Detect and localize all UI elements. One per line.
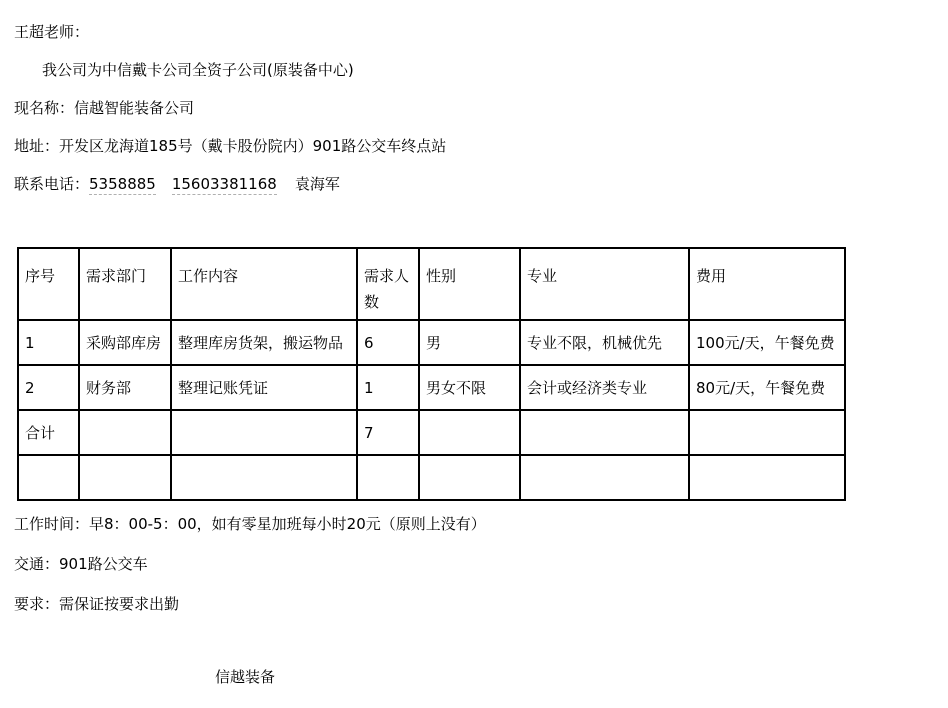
table-cell-index: 2 <box>18 365 79 410</box>
table-header-row: 序号 需求部门 工作内容 需求人数 性别 专业 费用 <box>18 248 845 320</box>
address-line: 地址：开发区龙海道185号（戴卡股份院内）901路公交车终点站 <box>14 139 948 154</box>
column-header-index: 序号 <box>18 248 79 320</box>
table-cell-empty <box>171 455 357 500</box>
table-cell-fee: 80元/天，午餐免费 <box>689 365 845 410</box>
column-header-major: 专业 <box>520 248 689 320</box>
table-cell-empty <box>18 455 79 500</box>
table-row-blank <box>18 455 845 500</box>
table-cell-total-label: 合计 <box>18 410 79 455</box>
table-cell-empty <box>520 455 689 500</box>
column-header-work-content: 工作内容 <box>171 248 357 320</box>
table-cell-work-content: 整理库房货架，搬运物品 <box>171 320 357 365</box>
requirement-line: 要求：需保证按要求出勤 <box>14 597 948 612</box>
table-cell-headcount: 6 <box>357 320 419 365</box>
table-cell-total-headcount: 7 <box>357 410 419 455</box>
table-cell-empty <box>79 410 171 455</box>
table-cell-gender: 男 <box>419 320 520 365</box>
table-cell-major: 会计或经济类专业 <box>520 365 689 410</box>
table-cell-empty <box>689 455 845 500</box>
table-row: 1 采购部库房 整理库房货架，搬运物品 6 男 专业不限，机械优先 100元/天… <box>18 320 845 365</box>
table-cell-major: 专业不限，机械优先 <box>520 320 689 365</box>
table-cell-empty <box>689 410 845 455</box>
table-cell-empty <box>171 410 357 455</box>
transport-line: 交通：901路公交车 <box>14 557 948 572</box>
table-cell-work-content: 整理记账凭证 <box>171 365 357 410</box>
salutation-line: 王超老师： <box>14 25 948 40</box>
table-cell-index: 1 <box>18 320 79 365</box>
table-cell-department: 采购部库房 <box>79 320 171 365</box>
table-cell-empty <box>357 455 419 500</box>
table-cell-empty <box>79 455 171 500</box>
document-body: 王超老师： 我公司为中信戴卡公司全资子公司(原装备中心) 现名称：信越智能装备公… <box>0 0 948 685</box>
current-name-line: 现名称：信越智能装备公司 <box>14 101 948 116</box>
recruitment-table: 序号 需求部门 工作内容 需求人数 性别 专业 费用 1 采购部库房 整理库房货… <box>17 247 846 501</box>
table-cell-empty <box>419 455 520 500</box>
company-intro-line: 我公司为中信戴卡公司全资子公司(原装备中心) <box>14 63 948 78</box>
table-cell-department: 财务部 <box>79 365 171 410</box>
column-header-gender: 性别 <box>419 248 520 320</box>
table-cell-empty <box>419 410 520 455</box>
table-cell-fee: 100元/天，午餐免费 <box>689 320 845 365</box>
signature-line: 信越装备 <box>14 670 948 685</box>
column-header-headcount: 需求人数 <box>357 248 419 320</box>
table-row-total: 合计 7 <box>18 410 845 455</box>
contact-person-name: 袁海军 <box>295 175 340 193</box>
column-header-fee: 费用 <box>689 248 845 320</box>
table-cell-headcount: 1 <box>357 365 419 410</box>
table-cell-gender: 男女不限 <box>419 365 520 410</box>
contact-line: 联系电话：535888515603381168袁海军 <box>14 177 948 192</box>
column-header-department: 需求部门 <box>79 248 171 320</box>
contact-label: 联系电话： <box>14 175 89 193</box>
work-time-line: 工作时间：早8：00-5：00，如有零星加班每小时20元（原则上没有） <box>14 517 948 532</box>
contact-phone-1: 5358885 <box>89 175 156 195</box>
contact-phone-2: 15603381168 <box>172 175 277 195</box>
table-cell-empty <box>520 410 689 455</box>
table-row: 2 财务部 整理记账凭证 1 男女不限 会计或经济类专业 80元/天，午餐免费 <box>18 365 845 410</box>
